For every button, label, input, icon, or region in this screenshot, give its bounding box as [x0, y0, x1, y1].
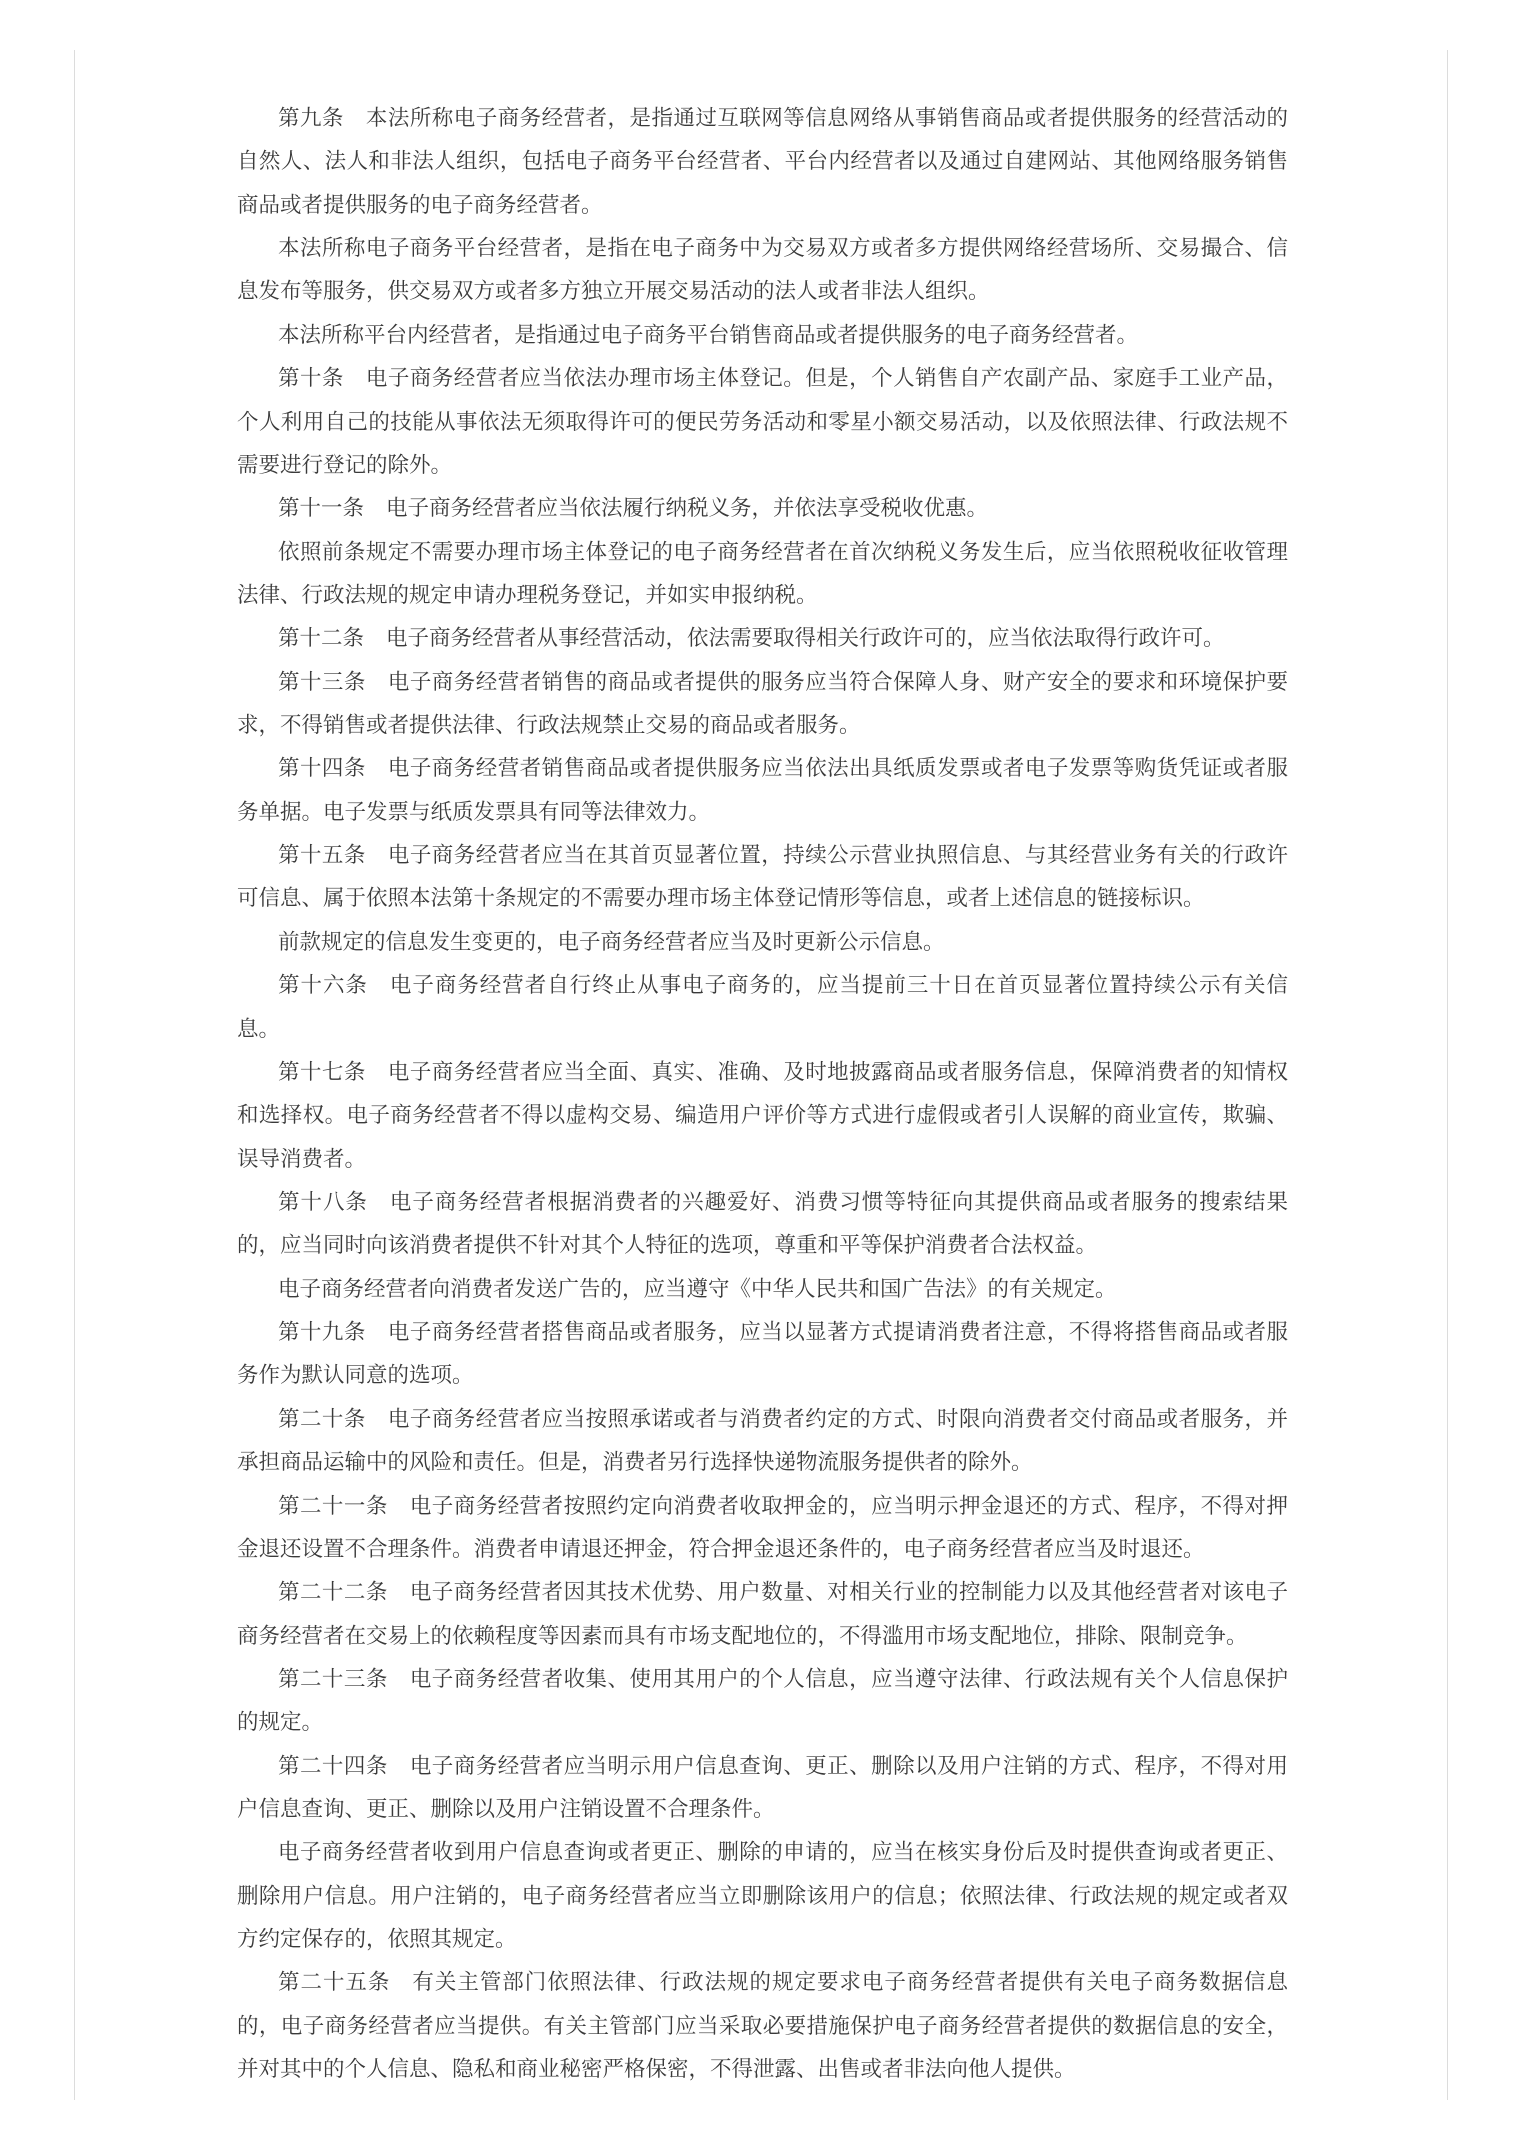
- text-line: 本法所称平台内经营者，是指通过电子商务平台销售商品或者提供服务的电子商务经营者。: [237, 314, 1288, 357]
- text-line: 第十四条电子商务经营者销售商品或者提供服务应当依法出具纸质发票或者电子发票等购货…: [237, 747, 1288, 790]
- text-line: 前款规定的信息发生变更的，电子商务经营者应当及时更新公示信息。: [237, 921, 1288, 964]
- article-paragraph: 第十九条电子商务经营者搭售商品或者服务，应当以显著方式提请消费者注意，不得将搭售…: [237, 1311, 1288, 1398]
- text-line: 商品或者提供服务的电子商务经营者。: [237, 184, 1288, 227]
- article-paragraph: 第十五条电子商务经营者应当在其首页显著位置，持续公示营业执照信息、与其经营业务有…: [237, 834, 1288, 921]
- paragraph: 电子商务经营者向消费者发送广告的，应当遵守《中华人民共和国广告法》的有关规定。: [237, 1268, 1288, 1311]
- paragraph: 依照前条规定不需要办理市场主体登记的电子商务经营者在首次纳税义务发生后，应当依照…: [237, 531, 1288, 618]
- text-line: 务作为默认同意的选项。: [237, 1354, 1288, 1397]
- text-line: 可信息、属于依照本法第十条规定的不需要办理市场主体登记情形等信息，或者上述信息的…: [237, 877, 1288, 920]
- line-text: 电子商务经营者应当全面、真实、准确、及时地披露商品或者服务信息，保障消费者的知情…: [388, 1060, 1288, 1085]
- article-paragraph: 第二十一条电子商务经营者按照约定向消费者收取押金的，应当明示押金退还的方式、程序…: [237, 1485, 1288, 1572]
- article-number: 第二十一条: [278, 1494, 388, 1519]
- article-paragraph: 第十六条电子商务经营者自行终止从事电子商务的，应当提前三十日在首页显著位置持续公…: [237, 964, 1288, 1051]
- article-number: 第十七条: [278, 1060, 366, 1085]
- line-text: 息。: [237, 1017, 280, 1042]
- text-line: 息。: [237, 1008, 1288, 1051]
- text-line: 第十三条电子商务经营者销售的商品或者提供的服务应当符合保障人身、财产安全的要求和…: [237, 661, 1288, 704]
- article-number: 第九条: [278, 106, 344, 131]
- paragraph: 电子商务经营者收到用户信息查询或者更正、删除的申请的，应当在核实身份后及时提供查…: [237, 1831, 1288, 1961]
- line-text: 自然人、法人和非法人组织，包括电子商务平台经营者、平台内经营者以及通过自建网站、…: [237, 149, 1288, 174]
- text-line: 息发布等服务，供交易双方或者多方独立开展交易活动的法人或者非法人组织。: [237, 270, 1288, 313]
- text-line: 删除用户信息。用户注销的，电子商务经营者应当立即删除该用户的信息；依照法律、行政…: [237, 1875, 1288, 1918]
- line-text: 并对其中的个人信息、隐私和商业秘密严格保密，不得泄露、出售或者非法向他人提供。: [237, 2057, 1076, 2082]
- article-paragraph: 第十三条电子商务经营者销售的商品或者提供的服务应当符合保障人身、财产安全的要求和…: [237, 661, 1288, 748]
- text-line: 商务经营者在交易上的依赖程度等因素而具有市场支配地位的，不得滥用市场支配地位，排…: [237, 1615, 1288, 1658]
- text-line: 电子商务经营者向消费者发送广告的，应当遵守《中华人民共和国广告法》的有关规定。: [237, 1268, 1288, 1311]
- text-line: 第十八条电子商务经营者根据消费者的兴趣爱好、消费习惯等特征向其提供商品或者服务的…: [237, 1181, 1288, 1224]
- article-paragraph: 第二十五条有关主管部门依照法律、行政法规的规定要求电子商务经营者提供有关电子商务…: [237, 1961, 1288, 2091]
- text-line: 承担商品运输中的风险和责任。但是，消费者另行选择快递物流服务提供者的除外。: [237, 1441, 1288, 1484]
- line-text: 务单据。电子发票与纸质发票具有同等法律效力。: [237, 800, 710, 825]
- article-number: 第十三条: [278, 670, 366, 695]
- text-line: 第十二条电子商务经营者从事经营活动，依法需要取得相关行政许可的，应当依法取得行政…: [237, 617, 1288, 660]
- line-text: 本法所称电子商务经营者，是指通过互联网等信息网络从事销售商品或者提供服务的经营活…: [366, 106, 1288, 131]
- text-line: 自然人、法人和非法人组织，包括电子商务平台经营者、平台内经营者以及通过自建网站、…: [237, 140, 1288, 183]
- line-text: 电子商务经营者应当在其首页显著位置，持续公示营业执照信息、与其经营业务有关的行政…: [388, 843, 1288, 868]
- line-text: 需要进行登记的除外。: [237, 453, 452, 478]
- line-text: 户信息查询、更正、删除以及用户注销设置不合理条件。: [237, 1797, 775, 1822]
- text-line: 的规定。: [237, 1701, 1288, 1744]
- line-text: 息发布等服务，供交易双方或者多方独立开展交易活动的法人或者非法人组织。: [237, 279, 990, 304]
- line-text: 电子商务经营者应当依法履行纳税义务，并依法享受税收优惠。: [386, 496, 988, 521]
- line-text: 金退还设置不合理条件。消费者申请退还押金，符合押金退还条件的，电子商务经营者应当…: [237, 1537, 1205, 1562]
- line-text: 电子商务经营者收集、使用其用户的个人信息，应当遵守法律、行政法规有关个人信息保护: [410, 1667, 1288, 1692]
- line-text: 和选择权。电子商务经营者不得以虚构交易、编造用户评价等方式进行虚假或者引人误解的…: [237, 1103, 1288, 1128]
- text-line: 第二十一条电子商务经营者按照约定向消费者收取押金的，应当明示押金退还的方式、程序…: [237, 1485, 1288, 1528]
- text-line: 依照前条规定不需要办理市场主体登记的电子商务经营者在首次纳税义务发生后，应当依照…: [237, 531, 1288, 574]
- article-number: 第十六条: [278, 973, 368, 998]
- document-body: 第九条本法所称电子商务经营者，是指通过互联网等信息网络从事销售商品或者提供服务的…: [237, 97, 1288, 2092]
- line-text: 个人利用自己的技能从事依法无须取得许可的便民劳务活动和零星小额交易活动，以及依照…: [237, 410, 1288, 435]
- line-text: 前款规定的信息发生变更的，电子商务经营者应当及时更新公示信息。: [278, 930, 945, 955]
- line-text: 本法所称电子商务平台经营者，是指在电子商务中为交易双方或者多方提供网络经营场所、…: [278, 236, 1288, 261]
- text-line: 第二十二条电子商务经营者因其技术优势、用户数量、对相关行业的控制能力以及其他经营…: [237, 1571, 1288, 1614]
- line-text: 电子商务经营者从事经营活动，依法需要取得相关行政许可的，应当依法取得行政许可。: [386, 626, 1225, 651]
- line-text: 电子商务经营者销售商品或者提供服务应当依法出具纸质发票或者电子发票等购货凭证或者…: [388, 756, 1288, 781]
- line-text: 有关主管部门依照法律、行政法规的规定要求电子商务经营者提供有关电子商务数据信息: [412, 1970, 1288, 1995]
- paragraph: 本法所称平台内经营者，是指通过电子商务平台销售商品或者提供服务的电子商务经营者。: [237, 314, 1288, 357]
- article-number: 第二十条: [278, 1407, 366, 1432]
- article-paragraph: 第十条电子商务经营者应当依法办理市场主体登记。但是，个人销售自产农副产品、家庭手…: [237, 357, 1288, 487]
- text-line: 第二十条电子商务经营者应当按照承诺或者与消费者约定的方式、时限向消费者交付商品或…: [237, 1398, 1288, 1441]
- text-line: 电子商务经营者收到用户信息查询或者更正、删除的申请的，应当在核实身份后及时提供查…: [237, 1831, 1288, 1874]
- text-line: 户信息查询、更正、删除以及用户注销设置不合理条件。: [237, 1788, 1288, 1831]
- text-line: 金退还设置不合理条件。消费者申请退还押金，符合押金退还条件的，电子商务经营者应当…: [237, 1528, 1288, 1571]
- text-line: 法律、行政法规的规定申请办理税务登记，并如实申报纳税。: [237, 574, 1288, 617]
- text-line: 方约定保存的，依照其规定。: [237, 1918, 1288, 1961]
- article-number: 第二十五条: [278, 1970, 390, 1995]
- article-paragraph: 第二十四条电子商务经营者应当明示用户信息查询、更正、删除以及用户注销的方式、程序…: [237, 1745, 1288, 1832]
- article-number: 第十二条: [278, 626, 364, 651]
- text-line: 第二十五条有关主管部门依照法律、行政法规的规定要求电子商务经营者提供有关电子商务…: [237, 1961, 1288, 2004]
- text-line: 第九条本法所称电子商务经营者，是指通过互联网等信息网络从事销售商品或者提供服务的…: [237, 97, 1288, 140]
- text-line: 本法所称电子商务平台经营者，是指在电子商务中为交易双方或者多方提供网络经营场所、…: [237, 227, 1288, 270]
- text-line: 第十九条电子商务经营者搭售商品或者服务，应当以显著方式提请消费者注意，不得将搭售…: [237, 1311, 1288, 1354]
- paragraph: 前款规定的信息发生变更的，电子商务经营者应当及时更新公示信息。: [237, 921, 1288, 964]
- article-paragraph: 第十一条电子商务经营者应当依法履行纳税义务，并依法享受税收优惠。: [237, 487, 1288, 530]
- line-text: 电子商务经营者搭售商品或者服务，应当以显著方式提请消费者注意，不得将搭售商品或者…: [388, 1320, 1288, 1345]
- text-line: 第十条电子商务经营者应当依法办理市场主体登记。但是，个人销售自产农副产品、家庭手…: [237, 357, 1288, 400]
- article-number: 第二十四条: [278, 1754, 388, 1779]
- article-number: 第二十二条: [278, 1580, 388, 1605]
- line-text: 电子商务经营者按照约定向消费者收取押金的，应当明示押金退还的方式、程序，不得对押: [410, 1494, 1288, 1519]
- text-line: 第十七条电子商务经营者应当全面、真实、准确、及时地披露商品或者服务信息，保障消费…: [237, 1051, 1288, 1094]
- article-number: 第十八条: [278, 1190, 368, 1215]
- article-number: 第十条: [278, 366, 344, 391]
- line-text: 承担商品运输中的风险和责任。但是，消费者另行选择快递物流服务提供者的除外。: [237, 1450, 1033, 1475]
- text-line: 个人利用自己的技能从事依法无须取得许可的便民劳务活动和零星小额交易活动，以及依照…: [237, 401, 1288, 444]
- line-text: 法律、行政法规的规定申请办理税务登记，并如实申报纳税。: [237, 583, 818, 608]
- line-text: 电子商务经营者应当按照承诺或者与消费者约定的方式、时限向消费者交付商品或者服务，…: [388, 1407, 1288, 1432]
- text-line: 和选择权。电子商务经营者不得以虚构交易、编造用户评价等方式进行虚假或者引人误解的…: [237, 1094, 1288, 1137]
- article-paragraph: 第十四条电子商务经营者销售商品或者提供服务应当依法出具纸质发票或者电子发票等购货…: [237, 747, 1288, 834]
- line-text: 电子商务经营者因其技术优势、用户数量、对相关行业的控制能力以及其他经营者对该电子: [410, 1580, 1288, 1605]
- line-text: 电子商务经营者根据消费者的兴趣爱好、消费习惯等特征向其提供商品或者服务的搜索结果: [390, 1190, 1288, 1215]
- article-number: 第十九条: [278, 1320, 366, 1345]
- line-text: 电子商务经营者自行终止从事电子商务的，应当提前三十日在首页显著位置持续公示有关信: [390, 973, 1288, 998]
- article-number: 第十五条: [278, 843, 366, 868]
- article-number: 第十一条: [278, 496, 364, 521]
- article-paragraph: 第二十条电子商务经营者应当按照承诺或者与消费者约定的方式、时限向消费者交付商品或…: [237, 1398, 1288, 1485]
- line-text: 务作为默认同意的选项。: [237, 1363, 474, 1388]
- text-line: 第二十三条电子商务经营者收集、使用其用户的个人信息，应当遵守法律、行政法规有关个…: [237, 1658, 1288, 1701]
- text-line: 的，电子商务经营者应当提供。有关主管部门应当采取必要措施保护电子商务经营者提供的…: [237, 2005, 1288, 2048]
- line-text: 求，不得销售或者提供法律、行政法规禁止交易的商品或者服务。: [237, 713, 861, 738]
- line-text: 商品或者提供服务的电子商务经营者。: [237, 193, 603, 218]
- article-paragraph: 第九条本法所称电子商务经营者，是指通过互联网等信息网络从事销售商品或者提供服务的…: [237, 97, 1288, 227]
- line-text: 的，电子商务经营者应当提供。有关主管部门应当采取必要措施保护电子商务经营者提供的…: [237, 2014, 1288, 2039]
- text-line: 求，不得销售或者提供法律、行政法规禁止交易的商品或者服务。: [237, 704, 1288, 747]
- line-text: 的，应当同时向该消费者提供不针对其个人特征的选项，尊重和平等保护消费者合法权益。: [237, 1233, 1097, 1258]
- line-text: 的规定。: [237, 1710, 323, 1735]
- paragraph: 本法所称电子商务平台经营者，是指在电子商务中为交易双方或者多方提供网络经营场所、…: [237, 227, 1288, 314]
- line-text: 可信息、属于依照本法第十条规定的不需要办理市场主体登记情形等信息，或者上述信息的…: [237, 886, 1205, 911]
- line-text: 电子商务经营者应当依法办理市场主体登记。但是，个人销售自产农副产品、家庭手工业产…: [366, 366, 1288, 391]
- article-paragraph: 第十二条电子商务经营者从事经营活动，依法需要取得相关行政许可的，应当依法取得行政…: [237, 617, 1288, 660]
- line-text: 商务经营者在交易上的依赖程度等因素而具有市场支配地位的，不得滥用市场支配地位，排…: [237, 1624, 1248, 1649]
- article-number: 第十四条: [278, 756, 366, 781]
- text-line: 第十一条电子商务经营者应当依法履行纳税义务，并依法享受税收优惠。: [237, 487, 1288, 530]
- article-paragraph: 第二十三条电子商务经营者收集、使用其用户的个人信息，应当遵守法律、行政法规有关个…: [237, 1658, 1288, 1745]
- line-text: 电子商务经营者销售的商品或者提供的服务应当符合保障人身、财产安全的要求和环境保护…: [388, 670, 1288, 695]
- article-paragraph: 第二十二条电子商务经营者因其技术优势、用户数量、对相关行业的控制能力以及其他经营…: [237, 1571, 1288, 1658]
- text-line: 务单据。电子发票与纸质发票具有同等法律效力。: [237, 791, 1288, 834]
- text-line: 第十六条电子商务经营者自行终止从事电子商务的，应当提前三十日在首页显著位置持续公…: [237, 964, 1288, 1007]
- text-line: 第十五条电子商务经营者应当在其首页显著位置，持续公示营业执照信息、与其经营业务有…: [237, 834, 1288, 877]
- line-text: 电子商务经营者应当明示用户信息查询、更正、删除以及用户注销的方式、程序，不得对用: [410, 1754, 1288, 1779]
- text-line: 需要进行登记的除外。: [237, 444, 1288, 487]
- article-paragraph: 第十七条电子商务经营者应当全面、真实、准确、及时地披露商品或者服务信息，保障消费…: [237, 1051, 1288, 1181]
- line-text: 方约定保存的，依照其规定。: [237, 1927, 517, 1952]
- line-text: 依照前条规定不需要办理市场主体登记的电子商务经营者在首次纳税义务发生后，应当依照…: [278, 540, 1288, 565]
- text-line: 的，应当同时向该消费者提供不针对其个人特征的选项，尊重和平等保护消费者合法权益。: [237, 1224, 1288, 1267]
- line-text: 误导消费者。: [237, 1147, 366, 1172]
- line-text: 删除用户信息。用户注销的，电子商务经营者应当立即删除该用户的信息；依照法律、行政…: [237, 1884, 1288, 1909]
- text-line: 误导消费者。: [237, 1138, 1288, 1181]
- article-paragraph: 第十八条电子商务经营者根据消费者的兴趣爱好、消费习惯等特征向其提供商品或者服务的…: [237, 1181, 1288, 1268]
- line-text: 电子商务经营者向消费者发送广告的，应当遵守《中华人民共和国广告法》的有关规定。: [278, 1277, 1117, 1302]
- text-line: 并对其中的个人信息、隐私和商业秘密严格保密，不得泄露、出售或者非法向他人提供。: [237, 2048, 1288, 2091]
- line-text: 电子商务经营者收到用户信息查询或者更正、删除的申请的，应当在核实身份后及时提供查…: [278, 1840, 1288, 1865]
- text-line: 第二十四条电子商务经营者应当明示用户信息查询、更正、删除以及用户注销的方式、程序…: [237, 1745, 1288, 1788]
- article-number: 第二十三条: [278, 1667, 388, 1692]
- line-text: 本法所称平台内经营者，是指通过电子商务平台销售商品或者提供服务的电子商务经营者。: [278, 323, 1138, 348]
